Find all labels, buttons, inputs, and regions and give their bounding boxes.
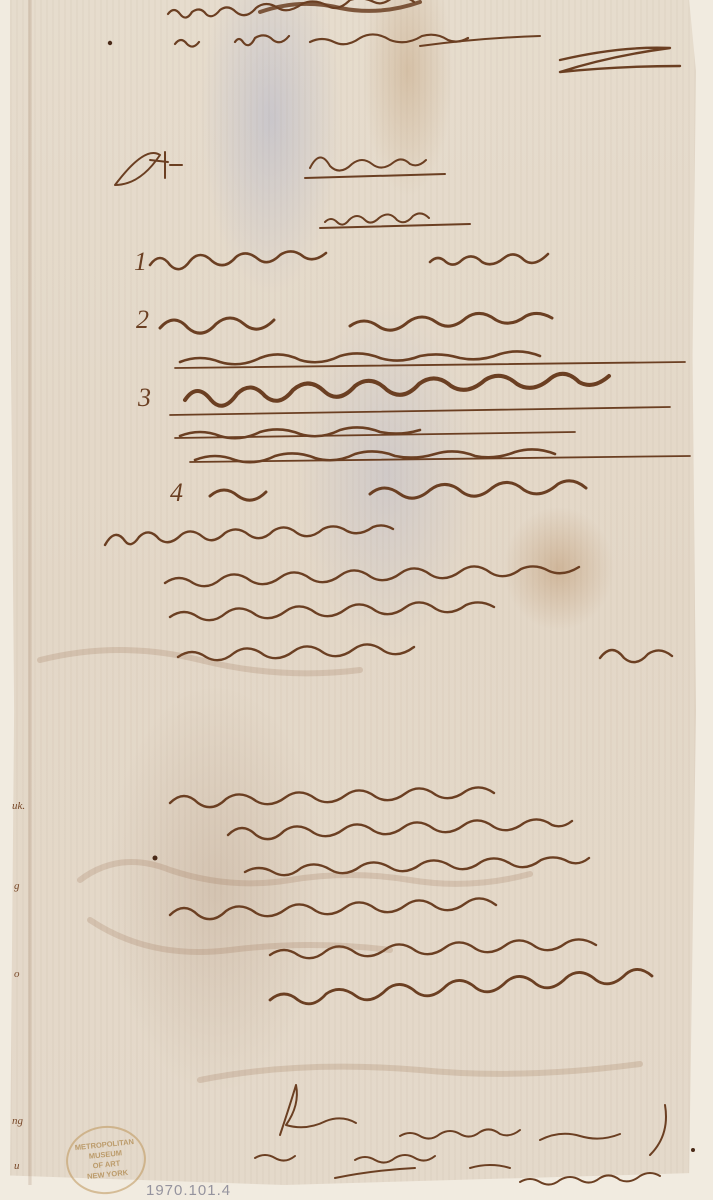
- struck-section: [115, 152, 470, 228]
- line-number-3: 3: [138, 383, 151, 413]
- line-number-1: 1: [134, 247, 147, 277]
- inverted-notes-text: [255, 1085, 666, 1185]
- underdrawing-sketch: [40, 650, 640, 1080]
- header-text: [168, 0, 680, 72]
- margin-note: uk.: [12, 800, 25, 812]
- margin-note: o: [14, 968, 20, 980]
- line-number-2: 2: [136, 305, 149, 335]
- numbered-list-text: [150, 251, 690, 500]
- margin-note: ng: [12, 1115, 23, 1127]
- paragraph-2-text: [170, 787, 652, 1003]
- handwriting-ink: [0, 0, 713, 1200]
- margin-note: g: [14, 880, 20, 892]
- paragraph-1-text: [105, 525, 672, 662]
- line-number-4: 4: [170, 478, 183, 508]
- margin-note: u: [14, 1160, 20, 1172]
- accession-number: 1970.101.4: [146, 1182, 231, 1199]
